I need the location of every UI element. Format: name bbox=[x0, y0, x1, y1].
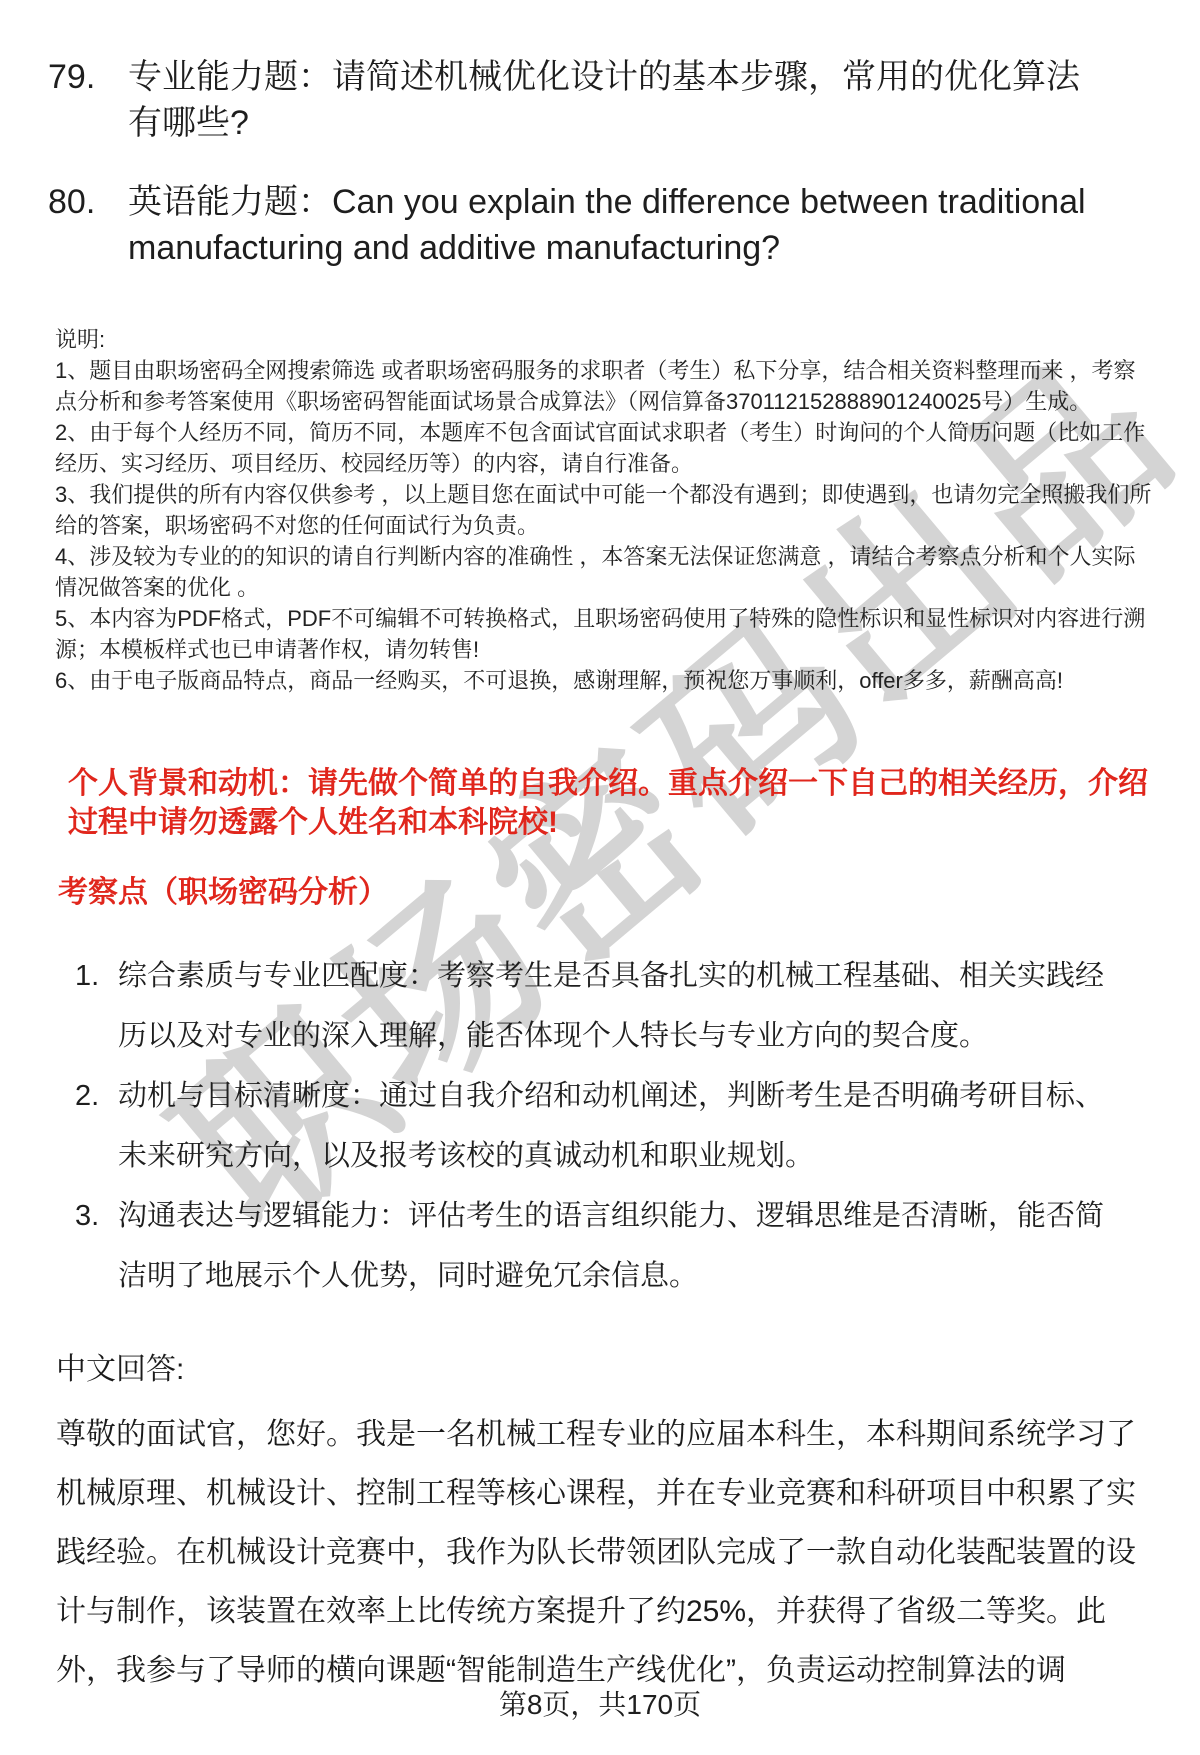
note-item: 6、由于电子版商品特点，商品一经购买，不可退换，感谢理解，预祝您万事顺利，off… bbox=[55, 665, 1155, 696]
analysis-point-list: 1. 综合素质与专业匹配度：考察考生是否具备扎实的机械工程基础、相关实践经历以及… bbox=[75, 946, 1118, 1306]
question-item: 80. 英语能力题：Can you explain the difference… bbox=[48, 179, 1170, 271]
question-number: 80. bbox=[48, 179, 128, 271]
question-list: 79. 专业能力题：请简述机械优化设计的基本步骤，常用的优化算法有哪些? 80.… bbox=[48, 54, 1170, 271]
notes-label: 说明: bbox=[55, 324, 1155, 355]
point-number: 3. bbox=[75, 1186, 118, 1306]
analysis-heading: 考察点（职场密码分析） bbox=[58, 876, 388, 910]
point-number: 2. bbox=[75, 1066, 118, 1186]
note-item: 1、题目由职场密码全网搜索筛选 或者职场密码服务的求职者（考生）私下分享，结合相… bbox=[55, 355, 1155, 417]
note-item: 5、本内容为PDF格式，PDF不可编辑不可转换格式，且职场密码使用了特殊的隐性标… bbox=[55, 603, 1155, 665]
page-number-footer: 第8页，共170页 bbox=[0, 1688, 1200, 1722]
point-number: 1. bbox=[75, 946, 118, 1066]
personal-background-note: 个人背景和动机：请先做个简单的自我介绍。重点介绍一下自己的相关经历，介绍过程中请… bbox=[68, 764, 1160, 842]
question-item: 79. 专业能力题：请简述机械优化设计的基本步骤，常用的优化算法有哪些? bbox=[48, 54, 1170, 146]
question-number: 79. bbox=[48, 54, 128, 146]
question-text: 专业能力题：请简述机械优化设计的基本步骤，常用的优化算法有哪些? bbox=[128, 54, 1088, 146]
note-item: 3、我们提供的所有内容仅供参考 ，以上题目您在面试中可能一个都没有遇到；即使遇到… bbox=[55, 479, 1155, 541]
point-text: 综合素质与专业匹配度：考察考生是否具备扎实的机械工程基础、相关实践经历以及对专业… bbox=[118, 946, 1118, 1066]
analysis-point: 2. 动机与目标清晰度：通过自我介绍和动机阐述，判断考生是否明确考研目标、未来研… bbox=[75, 1066, 1118, 1186]
notes-section: 说明: 1、题目由职场密码全网搜索筛选 或者职场密码服务的求职者（考生）私下分享… bbox=[55, 324, 1155, 696]
document-page: 职场密码出品 79. 专业能力题：请简述机械优化设计的基本步骤，常用的优化算法有… bbox=[0, 0, 1200, 1755]
chinese-answer-paragraph: 尊敬的面试官，您好。我是一名机械工程专业的应届本科生，本科期间系统学习了机械原理… bbox=[56, 1405, 1152, 1700]
point-text: 动机与目标清晰度：通过自我介绍和动机阐述，判断考生是否明确考研目标、未来研究方向… bbox=[118, 1066, 1118, 1186]
note-item: 2、由于每个人经历不同，简历不同，本题库不包含面试官面试求职者（考生）时询问的个… bbox=[55, 417, 1155, 479]
question-text: 英语能力题：Can you explain the difference bet… bbox=[128, 179, 1088, 271]
analysis-point: 3. 沟通表达与逻辑能力：评估考生的语言组织能力、逻辑思维是否清晰，能否简洁明了… bbox=[75, 1186, 1118, 1306]
chinese-answer-label: 中文回答: bbox=[56, 1352, 184, 1388]
analysis-point: 1. 综合素质与专业匹配度：考察考生是否具备扎实的机械工程基础、相关实践经历以及… bbox=[75, 946, 1118, 1066]
note-item: 4、涉及较为专业的的知识的请自行判断内容的准确性 ，本答案无法保证您满意 ，请结… bbox=[55, 541, 1155, 603]
point-text: 沟通表达与逻辑能力：评估考生的语言组织能力、逻辑思维是否清晰，能否简洁明了地展示… bbox=[118, 1186, 1118, 1306]
